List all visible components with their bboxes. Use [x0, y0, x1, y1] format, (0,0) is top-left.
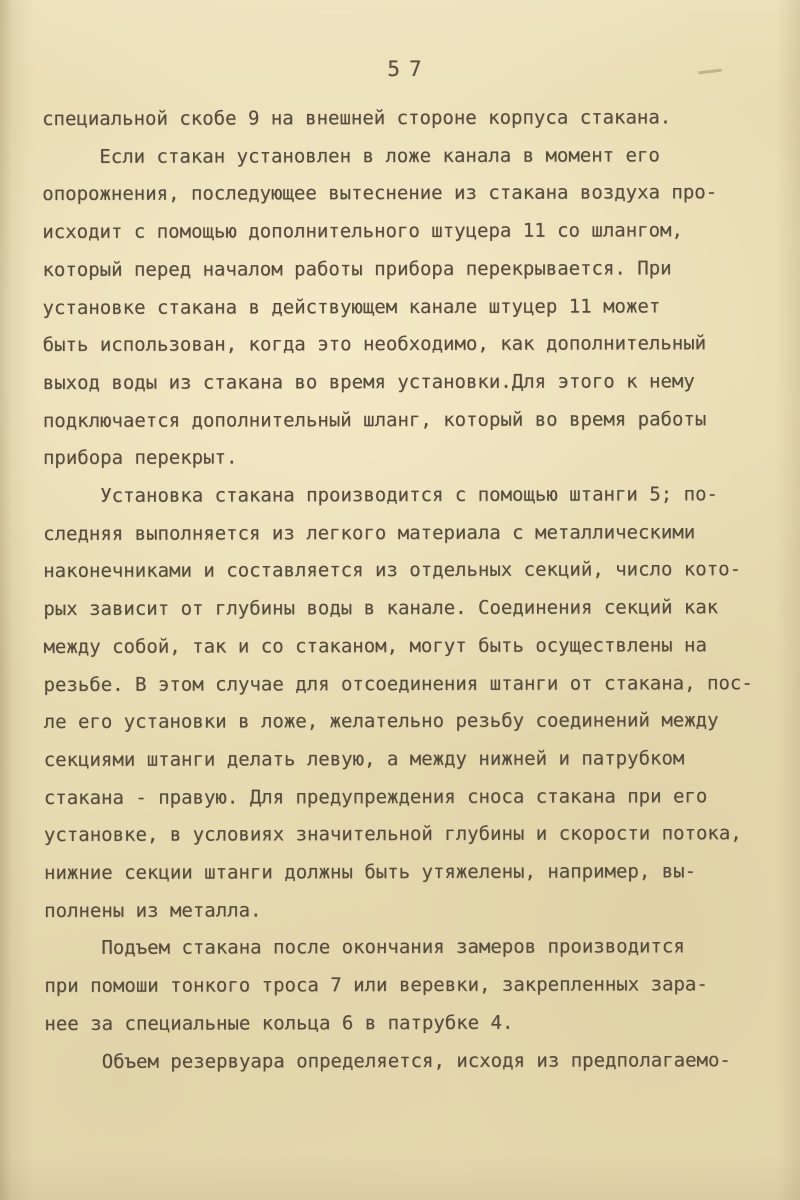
text-line: выход воды из стакана во время установки… [43, 363, 752, 403]
text-line: резьбе. В этом случае для отсоединения ш… [43, 665, 752, 705]
text-line: ле его установки в ложе, желательно резь… [44, 702, 753, 742]
text-line: специальной скобе 9 на внешней стороне к… [42, 99, 751, 139]
document-page: 57 специальной скобе 9 на внешней сторон… [0, 0, 800, 1200]
text-line: Объем резервуара определяется, исходя из… [44, 1042, 753, 1082]
text-line: полнены из металла. [44, 891, 753, 931]
page-text: специальной скобе 9 на внешней стороне к… [42, 99, 754, 1081]
text-line: опорожнения, последующее вытеснение из с… [42, 175, 751, 215]
text-line: наконечниками и составляется из отдельны… [43, 552, 752, 592]
text-line: стакана - правую. Для предупреждения сно… [44, 778, 753, 818]
text-line: быть использован, когда это необходимо, … [43, 325, 752, 365]
text-line: нее за специальные кольца 6 в патрубке 4… [44, 1004, 753, 1044]
text-line: подключается дополнительный шланг, котор… [43, 401, 752, 441]
text-line: нижние секции штанги должны быть утяжеле… [44, 853, 753, 893]
text-line: установке, в условиях значительной глуби… [44, 816, 753, 856]
text-line: установке стакана в действующем канале ш… [42, 288, 751, 328]
text-line: между собой, так и со стаканом, могут бы… [43, 627, 752, 667]
text-line: при помоши тонкого троса 7 или веревки, … [44, 966, 753, 1006]
text-line: следняя выполняется из легкого материала… [43, 514, 752, 554]
text-line: исходит с помощью дополнительного штуцер… [42, 212, 751, 252]
text-line: который перед началом работы прибора пер… [42, 250, 751, 290]
text-line: Установка стакана производится с помощью… [43, 476, 752, 516]
text-line: Подъем стакана после окончания замеров п… [44, 929, 753, 969]
text-line: прибора перекрыт. [43, 438, 752, 478]
text-line: рых зависит от глубины воды в канале. Со… [43, 589, 752, 629]
text-line: секциями штанги делать левую, а между ни… [44, 740, 753, 780]
text-line: Если стакан установлен в ложе канала в м… [42, 137, 751, 177]
page-number: 57 [0, 57, 800, 81]
